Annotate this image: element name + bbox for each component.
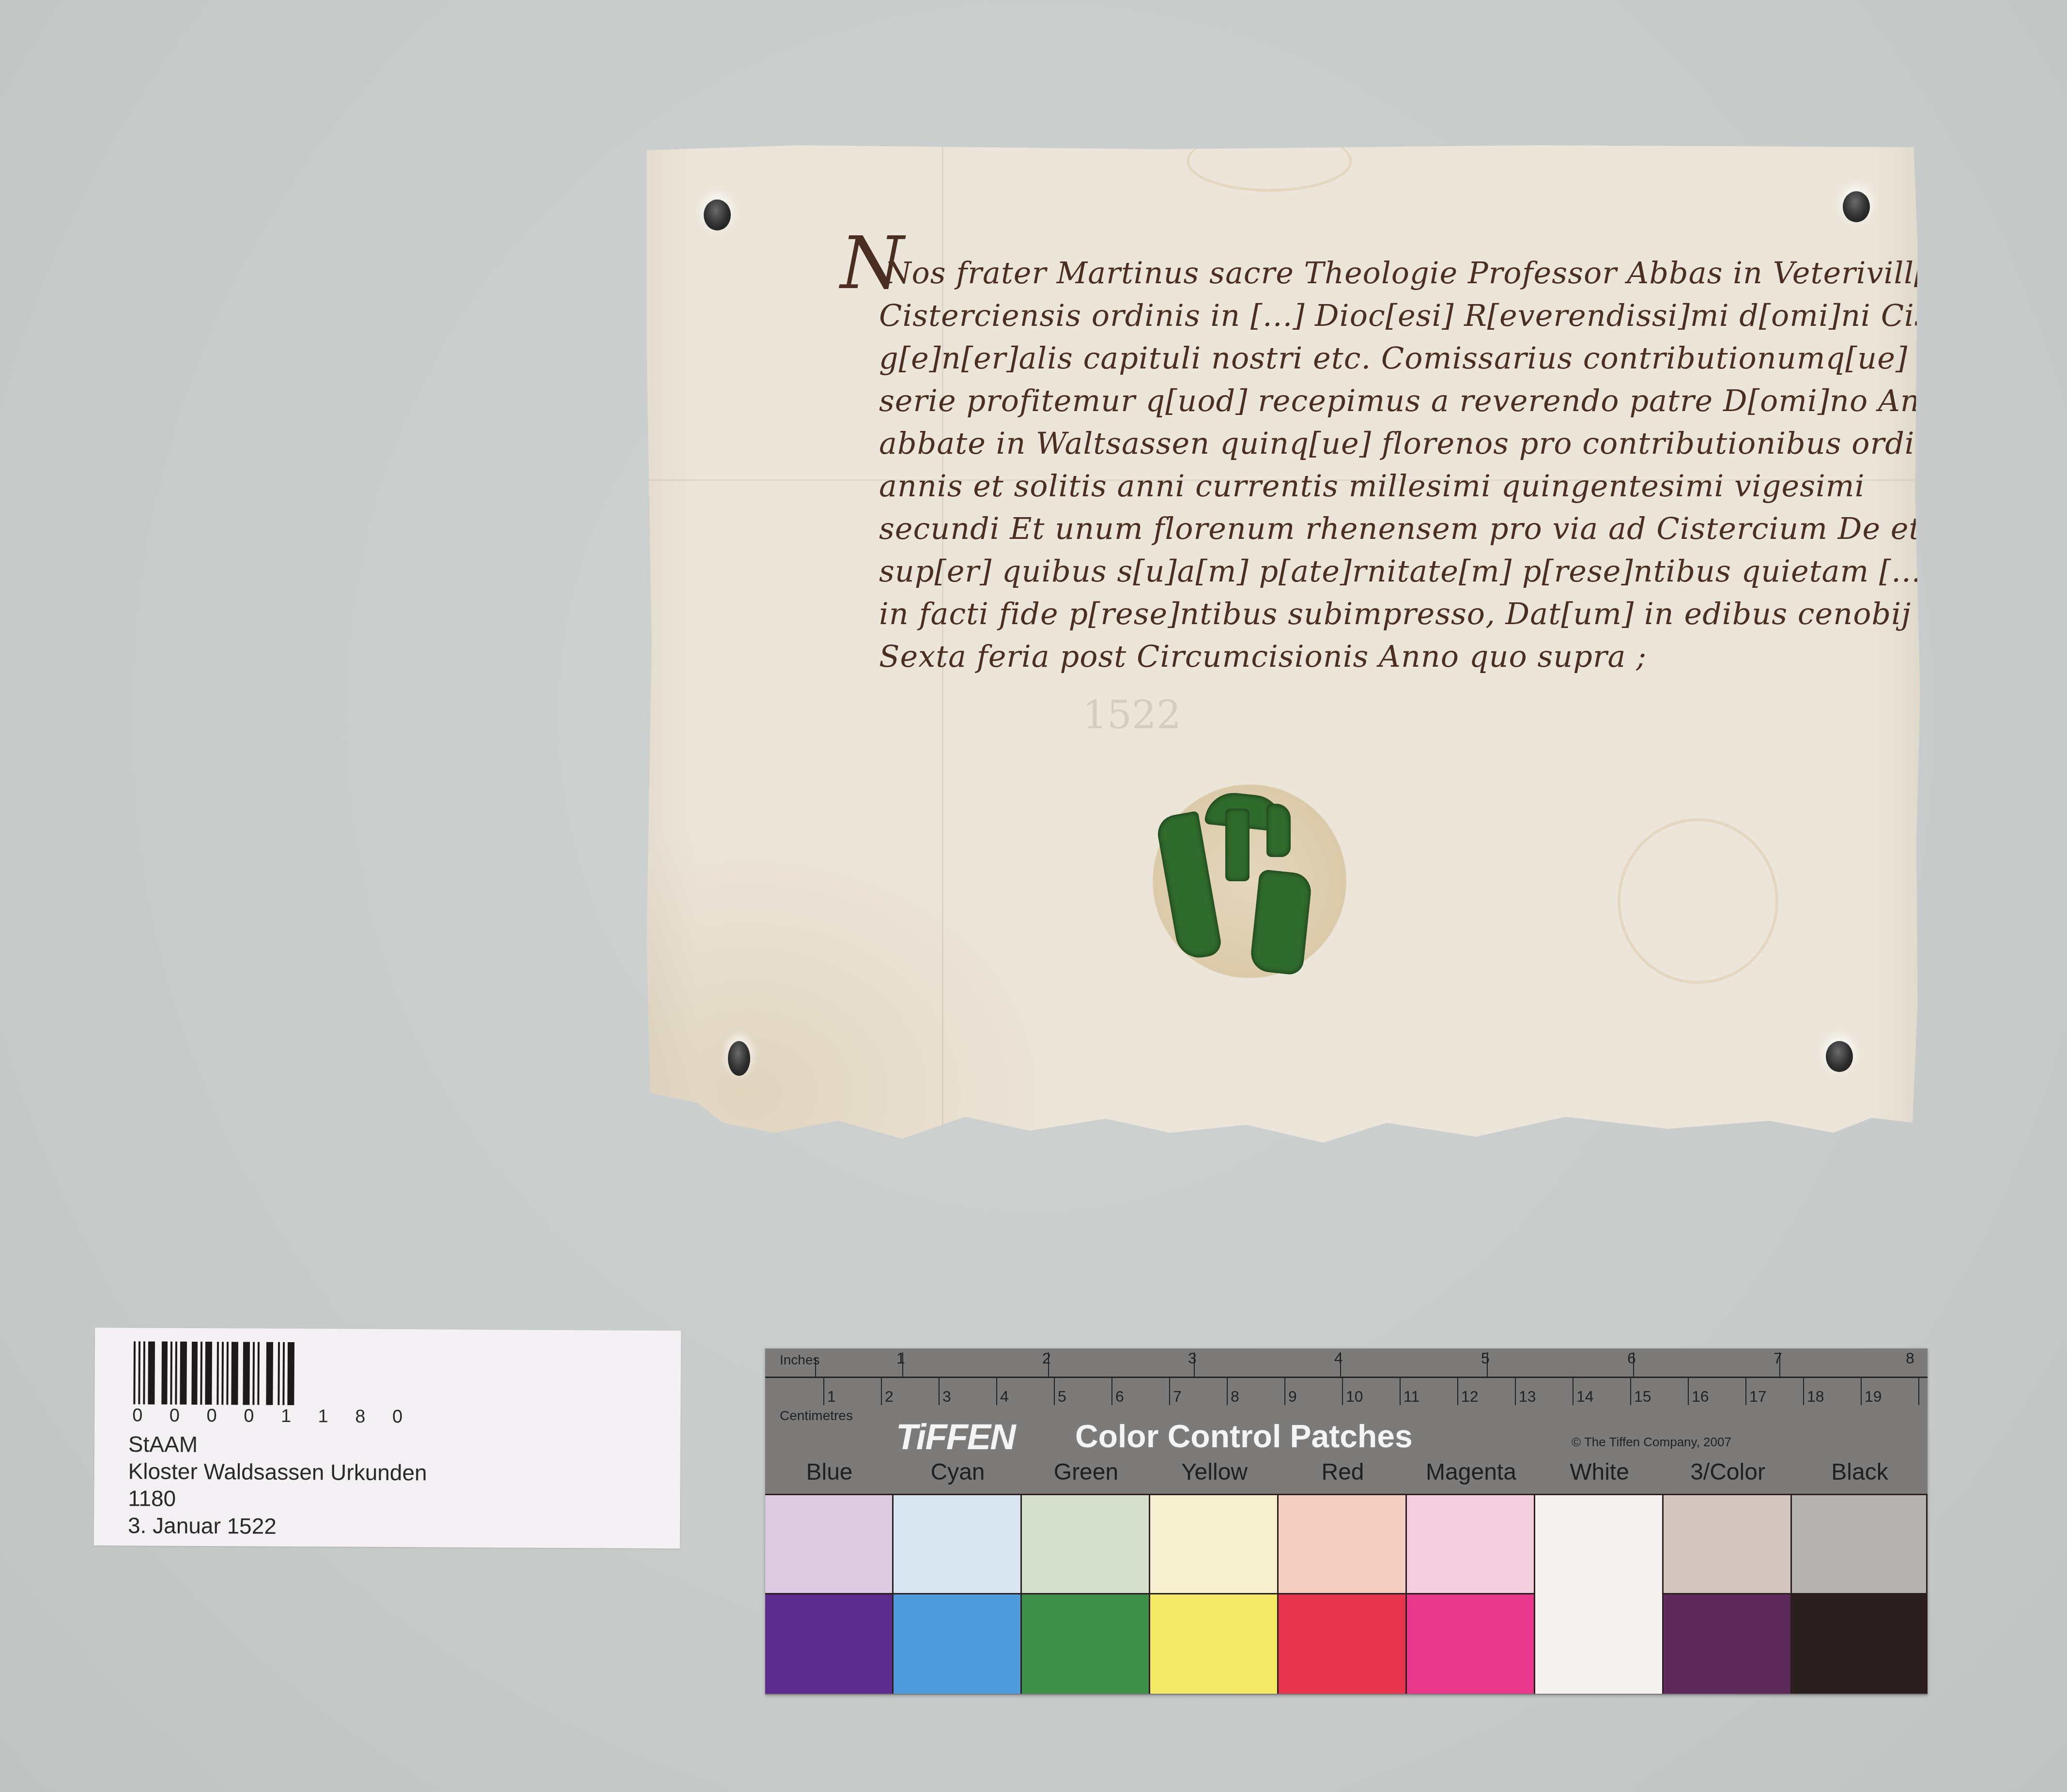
chart-title: Color Control Patches (1075, 1418, 1413, 1455)
manuscript-line: g[e]n[er]alis capituli nostri etc. Comis… (840, 337, 1906, 380)
faint-stamp-right (1618, 818, 1778, 984)
manuscript-line: serie profitemur q[uod] recepimus a reve… (840, 380, 1906, 422)
color-patch-3-color-light (1664, 1495, 1792, 1594)
mounting-pin-bottom-right (1826, 1041, 1853, 1072)
color-patch-red-dark (1279, 1594, 1407, 1694)
color-patch-cyan-light (894, 1495, 1022, 1594)
label-number: 1180 (128, 1485, 427, 1513)
mounting-pin-bottom-left (728, 1041, 750, 1076)
color-control-chart: Inches 1 2 3 4 5 6 7 8 1 2 3 4 5 6 7 8 9… (765, 1348, 1928, 1695)
barcode-number: 0 0 0 0 1 1 8 0 (132, 1405, 403, 1427)
color-patch-black-dark (1792, 1594, 1928, 1694)
label-archive: StAAM (128, 1430, 427, 1459)
ruler-centimetres: 1 2 3 4 5 6 7 8 9 10 11 12 13 14 15 16 1… (765, 1378, 1928, 1407)
color-patch-green-light (1022, 1495, 1150, 1594)
manuscript-line: sup[er] quibus s[u]a[m] p[ate]rnitate[m]… (840, 550, 1906, 593)
color-patch-red-light (1279, 1495, 1407, 1594)
mounting-pin-top-left (704, 199, 731, 230)
copyright-notice: © The Tiffen Company, 2007 (1572, 1435, 1731, 1450)
archive-label: 0 0 0 0 1 1 8 0 StAAM Kloster Waldsassen… (94, 1328, 681, 1548)
color-patch-blue-light (765, 1495, 894, 1594)
label-date: 3. Januar 1522 (128, 1512, 427, 1540)
manuscript-line: secundi Et unum florenum rhenensem pro v… (840, 507, 1906, 550)
manuscript-line: in facti fide p[rese]ntibus subimpresso,… (840, 593, 1906, 635)
color-patch-blue-dark (765, 1594, 894, 1694)
parchment-document: NNos frater Martinus sacre Theologie Pro… (647, 145, 1923, 1143)
seal-fragment (1155, 811, 1223, 961)
patch-names: Blue Cyan Green Yellow Red Magenta White… (765, 1459, 1928, 1488)
seal-fragment (1249, 869, 1312, 976)
ruler-inches-label: Inches (780, 1352, 820, 1368)
color-patch-yellow-dark (1150, 1594, 1279, 1694)
brand-logo: TiFFEN (896, 1416, 1015, 1457)
seal-fragment (1266, 804, 1291, 857)
color-patch-white (1535, 1495, 1664, 1694)
mounting-pin-top-right (1843, 191, 1870, 222)
wax-seal (1153, 784, 1346, 978)
manuscript-line: Sexta feria post Circumcisionis Anno quo… (840, 635, 1906, 678)
color-patch-magenta-dark (1407, 1594, 1535, 1694)
color-patch-green-dark (1022, 1594, 1150, 1694)
manuscript-line: annis et solitis anni currentis millesim… (840, 465, 1906, 507)
ruler-inches: Inches 1 2 3 4 5 6 7 8 (765, 1348, 1928, 1378)
faint-pencil-note: 1522 (1082, 692, 1181, 737)
label-collection: Kloster Waldsassen Urkunden (128, 1457, 427, 1486)
seal-fragment (1225, 809, 1249, 881)
ruler-centimetres-label: Centimetres (780, 1408, 853, 1424)
manuscript-text: NNos frater Martinus sacre Theologie Pro… (840, 242, 1906, 678)
color-patch-cyan-dark (894, 1594, 1022, 1694)
color-patches (765, 1494, 1928, 1694)
manuscript-line: Cisterciensis ordinis in [...] Dioc[esi]… (840, 294, 1906, 337)
manuscript-line: NNos frater Martinus sacre Theologie Pro… (840, 242, 1906, 294)
color-patch-3-color-dark (1664, 1594, 1792, 1694)
manuscript-line: abbate in Waltsassen quinq[ue] florenos … (840, 422, 1906, 465)
barcode (133, 1341, 297, 1405)
label-text: StAAM Kloster Waldsassen Urkunden 1180 3… (128, 1430, 427, 1540)
color-patch-magenta-light (1407, 1495, 1535, 1594)
color-patch-black-light (1792, 1495, 1928, 1594)
color-patch-yellow-light (1150, 1495, 1279, 1594)
